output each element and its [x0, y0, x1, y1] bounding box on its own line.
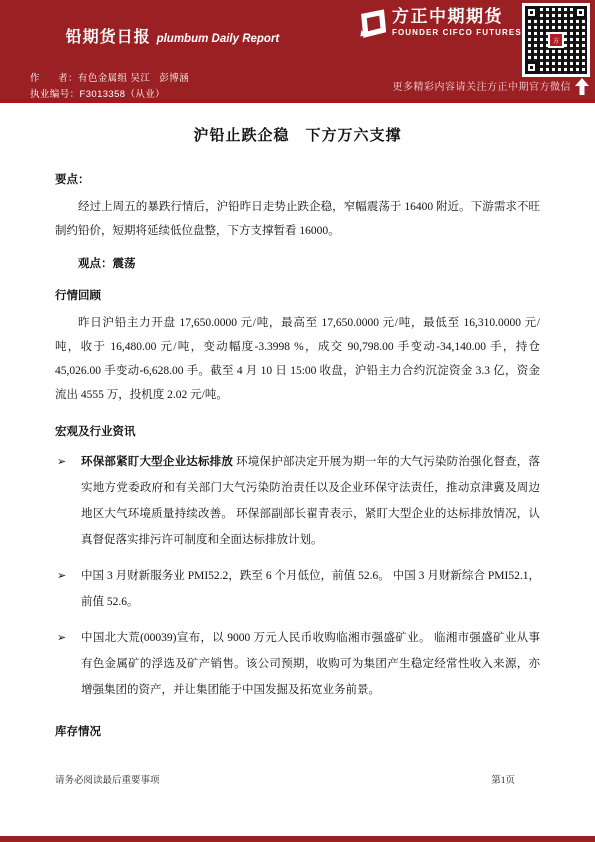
qr-finder-bottom-left [525, 61, 538, 74]
news-item: ➢环保部紧盯大型企业达标排放 环境保护部决定开展为期一年的大气污染防治强化督查，… [55, 449, 540, 553]
qr-pattern: 方 [525, 6, 587, 74]
news-item: ➢中国 3 月财新服务业 PMI52.2，跌至 6 个月低位，前值 52.6。 … [55, 563, 540, 615]
news-item-text: 中国北大荒(00039)宣布，以 9000 万元人民币收购临湘市强盛矿业。 临湘… [81, 632, 540, 696]
report-series-title-cn: 铅期货日报 [66, 29, 151, 46]
bullet-arrow-icon: ➢ [57, 449, 66, 475]
viewpoint-line: 观点：震荡 [78, 255, 540, 271]
wechat-note: 更多精彩内容请关注方正中期官方微信 [393, 78, 572, 93]
bullet-arrow-icon: ➢ [57, 563, 66, 589]
brand-name-cn: 方正中期期货 [392, 7, 522, 27]
license-line: 执业编号：F3013358（从业） [30, 87, 360, 103]
report-page: 铅期货日报plumbum Daily Report 作 者：有色金属组 吴江 彭… [0, 0, 595, 842]
section-heading-inventory: 库存情况 [55, 723, 540, 739]
report-series-title-en: plumbum Daily Report [157, 33, 280, 45]
arrow-up-icon [575, 78, 589, 95]
footer-page-number: 第1页 [491, 772, 515, 786]
brand-block: 方正中期期货 FOUNDER CIFCO FUTURES [356, 7, 526, 39]
bottom-red-bar [0, 836, 595, 842]
bullet-arrow-icon: ➢ [57, 625, 66, 651]
footer-disclaimer: 请务必阅读最后重要事项 [55, 772, 160, 786]
market-review-paragraph: 昨日沪铅主力开盘 17,650.0000 元/吨，最高至 17,650.0000… [55, 311, 540, 407]
section-heading-keypoints: 要点： [55, 171, 540, 187]
document-body: 沪铅止跌企稳 下方万六支撑 要点： 经过上周五的暴跌行情后，沪铅昨日走势止跌企稳… [55, 112, 540, 739]
founder-box-logo-icon [356, 9, 386, 39]
page-footer: 请务必阅读最后重要事项 第1页 [0, 772, 595, 786]
section-heading-market-review: 行情回顾 [55, 287, 540, 303]
wechat-qr-code-icon: 方 [522, 3, 590, 77]
brand-name-en: FOUNDER CIFCO FUTURES [392, 27, 522, 38]
section-heading-news: 宏观及行业资讯 [55, 423, 540, 439]
qr-finder-top-right [574, 6, 587, 19]
page-title: 沪铅止跌企稳 下方万六支撑 [55, 124, 540, 145]
keypoints-paragraph: 经过上周五的暴跌行情后，沪铅昨日走势止跌企稳，窄幅震荡于 16400 附近。下游… [55, 195, 540, 243]
author-line: 作 者：有色金属组 吴江 彭博涵 [30, 71, 360, 87]
qr-center-logo: 方 [548, 32, 564, 48]
qr-finder-top-left [525, 6, 538, 19]
news-item-text: 环境保护部决定开展为期一年的大气污染防治强化督查，落实地方党委政府和有关部门大气… [81, 456, 540, 546]
news-item: ➢中国北大荒(00039)宣布，以 9000 万元人民币收购临湘市强盛矿业。 临… [55, 625, 540, 703]
news-item-lead: 环保部紧盯大型企业达标排放 [81, 456, 233, 468]
report-series-title: 铅期货日报plumbum Daily Report [30, 6, 360, 65]
news-item-text: 中国 3 月财新服务业 PMI52.2，跌至 6 个月低位，前值 52.6。 中… [81, 570, 540, 608]
masthead: 铅期货日报plumbum Daily Report 作 者：有色金属组 吴江 彭… [0, 0, 595, 103]
news-list: ➢环保部紧盯大型企业达标排放 环境保护部决定开展为期一年的大气污染防治强化督查，… [55, 449, 540, 703]
